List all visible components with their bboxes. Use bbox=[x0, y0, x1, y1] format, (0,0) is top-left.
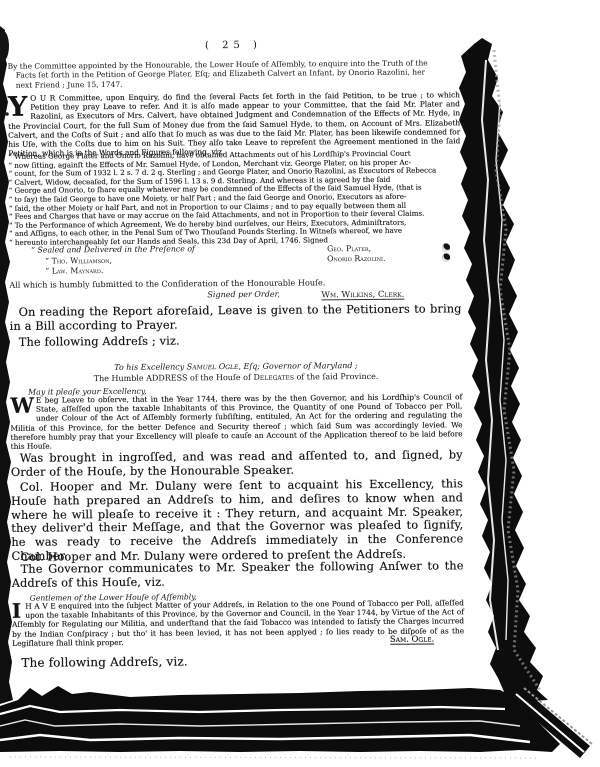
agreement-quote: “ Whereas George Plater and Onorio Razol… bbox=[8, 149, 461, 247]
was-brought-paragraph: Was brought in ingroſſed, and was read a… bbox=[11, 448, 463, 479]
page-content: ( 25 ) By the Committee appointed by the… bbox=[7, 36, 464, 705]
scan-corner-shadow bbox=[512, 686, 590, 758]
governor-answer: IH A V E enquired into the ſubject Matte… bbox=[12, 598, 464, 658]
signer-name: Geo. Plater, bbox=[327, 244, 371, 253]
seal-icon bbox=[442, 243, 450, 251]
address-heading-line2: The Humble ADDRESS of the Houſe of Deleg… bbox=[10, 371, 462, 384]
session-label: [May Seſſ. 1747.] bbox=[31, 716, 106, 727]
page-edge-highlight bbox=[482, 60, 498, 650]
witness-name: “ Law. Maynard. bbox=[45, 266, 103, 275]
resolution-paragraph: On reading the Report aforeſaid, Leave i… bbox=[9, 302, 461, 333]
scanned-page: ( 25 ) By the Committee appointed by the… bbox=[0, 0, 600, 767]
dropcap: I bbox=[12, 602, 26, 620]
governor-communicates-paragraph: The Governor communicates to Mr. Speaker… bbox=[12, 559, 464, 590]
heading-pre: To his Excellency bbox=[114, 362, 187, 372]
submission-line: All which is humbly ſubmitted to the Con… bbox=[9, 276, 461, 290]
clerk-signature: Wm. Wilkins, Clerk. bbox=[321, 289, 404, 301]
delegates-label: Delegates bbox=[253, 373, 294, 382]
bottom-edge-highlight bbox=[0, 735, 530, 742]
page-edge-dither bbox=[494, 50, 540, 690]
seal-icon bbox=[442, 253, 450, 261]
witness-name: “ Tho. Williamson, bbox=[45, 256, 112, 266]
scan-right-page-edges bbox=[459, 38, 548, 702]
dropcap: Y bbox=[8, 94, 30, 120]
heading-post: of the ſaid Province. bbox=[294, 372, 379, 382]
committee-preamble: By the Committee appointed by the Honour… bbox=[8, 58, 460, 90]
page-number: ( 25 ) bbox=[7, 38, 459, 53]
signed-per-order: Signed per Order, bbox=[207, 290, 280, 300]
following-address-line-2: The following Addreſs, viz. bbox=[12, 653, 464, 670]
address-text: E beg Leave to obſerve, that in the Year… bbox=[10, 392, 462, 451]
page-edge-highlight bbox=[496, 100, 508, 640]
governor-signature: Sam. Ogle. bbox=[390, 634, 434, 645]
heading-pre: The Humble ADDRESS of the Houſe of bbox=[94, 373, 254, 383]
signed-per-order-row: Signed per Order, Wm. Wilkins, Clerk. bbox=[9, 288, 461, 304]
address-body: WE beg Leave to obſerve, that in the Yea… bbox=[10, 392, 462, 451]
corner-highlight bbox=[516, 694, 584, 752]
press-mark: ſ. bbox=[437, 716, 442, 724]
signer-name: Onorio Razolini. bbox=[327, 254, 385, 263]
heading-post: Eſq; Governor of Maryland ; bbox=[241, 361, 358, 371]
corner-dither bbox=[524, 688, 592, 744]
bottom-edge-dither bbox=[10, 757, 540, 758]
dropcap: W bbox=[10, 396, 36, 415]
gathering-mark: Q bbox=[231, 715, 239, 725]
presence-line: “ Sealed and Delivered in the Preſence o… bbox=[31, 244, 195, 254]
page-footer: [May Seſſ. 1747.] Q ſ. bbox=[13, 713, 465, 731]
governor-name: Samuel Ogle, bbox=[187, 362, 241, 371]
witness-signature-block: “ Sealed and Delivered in the Preſence o… bbox=[9, 242, 461, 280]
following-address-line: The following Addreſs ; viz. bbox=[10, 332, 462, 349]
